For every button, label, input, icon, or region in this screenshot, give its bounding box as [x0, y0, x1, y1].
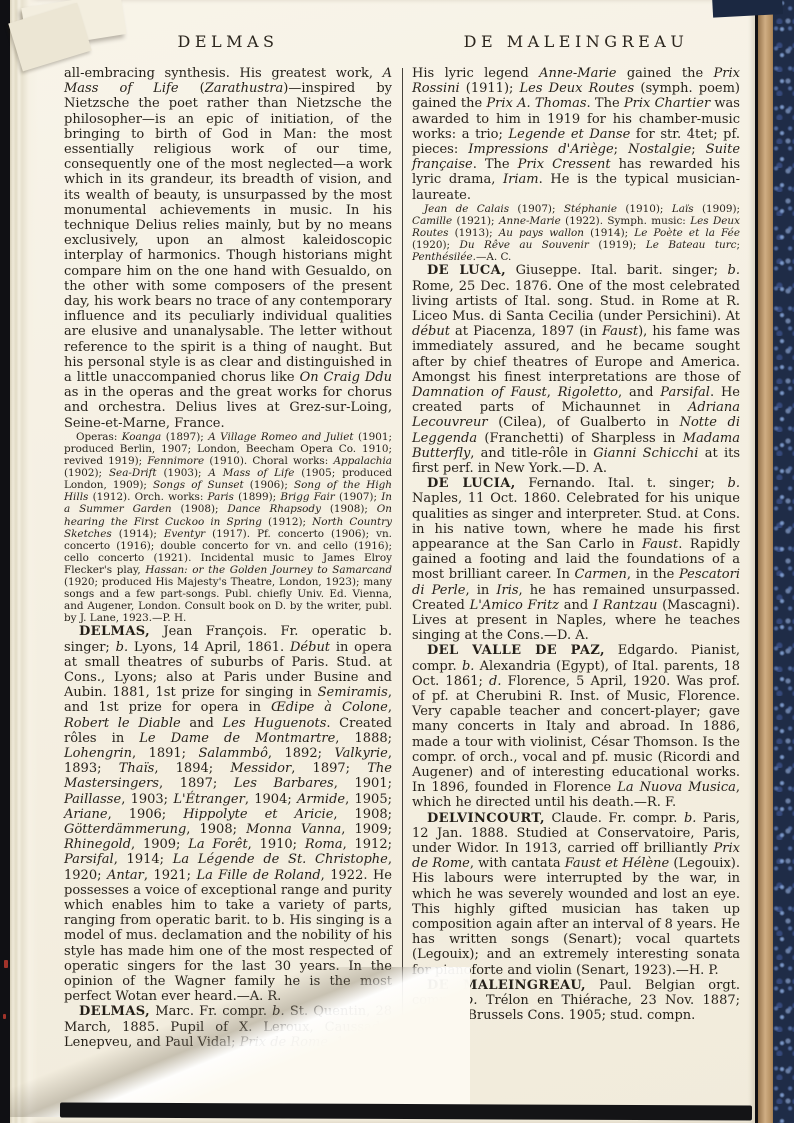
- entry-delmas-jean-francois: DELMAS, Jean François. Fr. operatic b. s…: [64, 624, 392, 1004]
- entry-delvincourt-claude: DELVINCOURT, Claude. Fr. compr. b. Paris…: [412, 811, 740, 978]
- running-heads: DELMAS DE MALEINGREAU: [64, 32, 740, 51]
- page-number: 117: [0, 1050, 748, 1065]
- column-rule: [402, 68, 403, 1050]
- page-content: DELMAS DE MALEINGREAU all-embracing synt…: [64, 32, 740, 1050]
- scan-speck: [3, 1014, 6, 1019]
- scan-shadow-bottom: [60, 1102, 752, 1120]
- entry-de-luca-giuseppe: DE LUCA, Giuseppe. Ital. barit. singer; …: [412, 263, 740, 476]
- delius-works-list: Operas: Koanga (1897); A Village Romeo a…: [64, 431, 392, 625]
- scan-page: DELMAS DE MALEINGREAU all-embracing synt…: [0, 0, 794, 1123]
- entry-delmas-marc: DELMAS, Marc. Fr. compr. b. St. Quentin,…: [64, 1004, 392, 1050]
- running-head-right: DE MALEINGREAU: [412, 32, 740, 51]
- entry-de-maleingreau-paul: DE MALEINGREAU, Paul. Belgian orgt. comp…: [412, 978, 740, 1024]
- entry-de-lucia-fernando: DE LUCIA, Fernando. Ital. t. singer; b. …: [412, 476, 740, 643]
- entry-del-valle-de-paz: DEL VALLE DE PAZ, Edgardo. Pianist, comp…: [412, 643, 740, 810]
- scan-speck: [4, 960, 8, 968]
- page-edge-stack: [10, 0, 38, 1123]
- delmas-marc-works-list: Jean de Calais (1907); Stéphanie (1910);…: [412, 203, 740, 263]
- delius-article-continuation: all-embracing synthesis. His greatest wo…: [64, 66, 392, 431]
- book-cover-edge: [773, 0, 794, 1123]
- column-left: all-embracing synthesis. His greatest wo…: [64, 66, 392, 1050]
- text-columns: all-embracing synthesis. His greatest wo…: [64, 66, 740, 1050]
- running-head-gap: [392, 32, 412, 51]
- column-right: His lyric legend Anne-Marie gained the P…: [412, 66, 740, 1050]
- running-head-left: DELMAS: [64, 32, 392, 51]
- delmas-marc-continuation: His lyric legend Anne-Marie gained the P…: [412, 66, 740, 203]
- book-fore-edge: [758, 0, 774, 1123]
